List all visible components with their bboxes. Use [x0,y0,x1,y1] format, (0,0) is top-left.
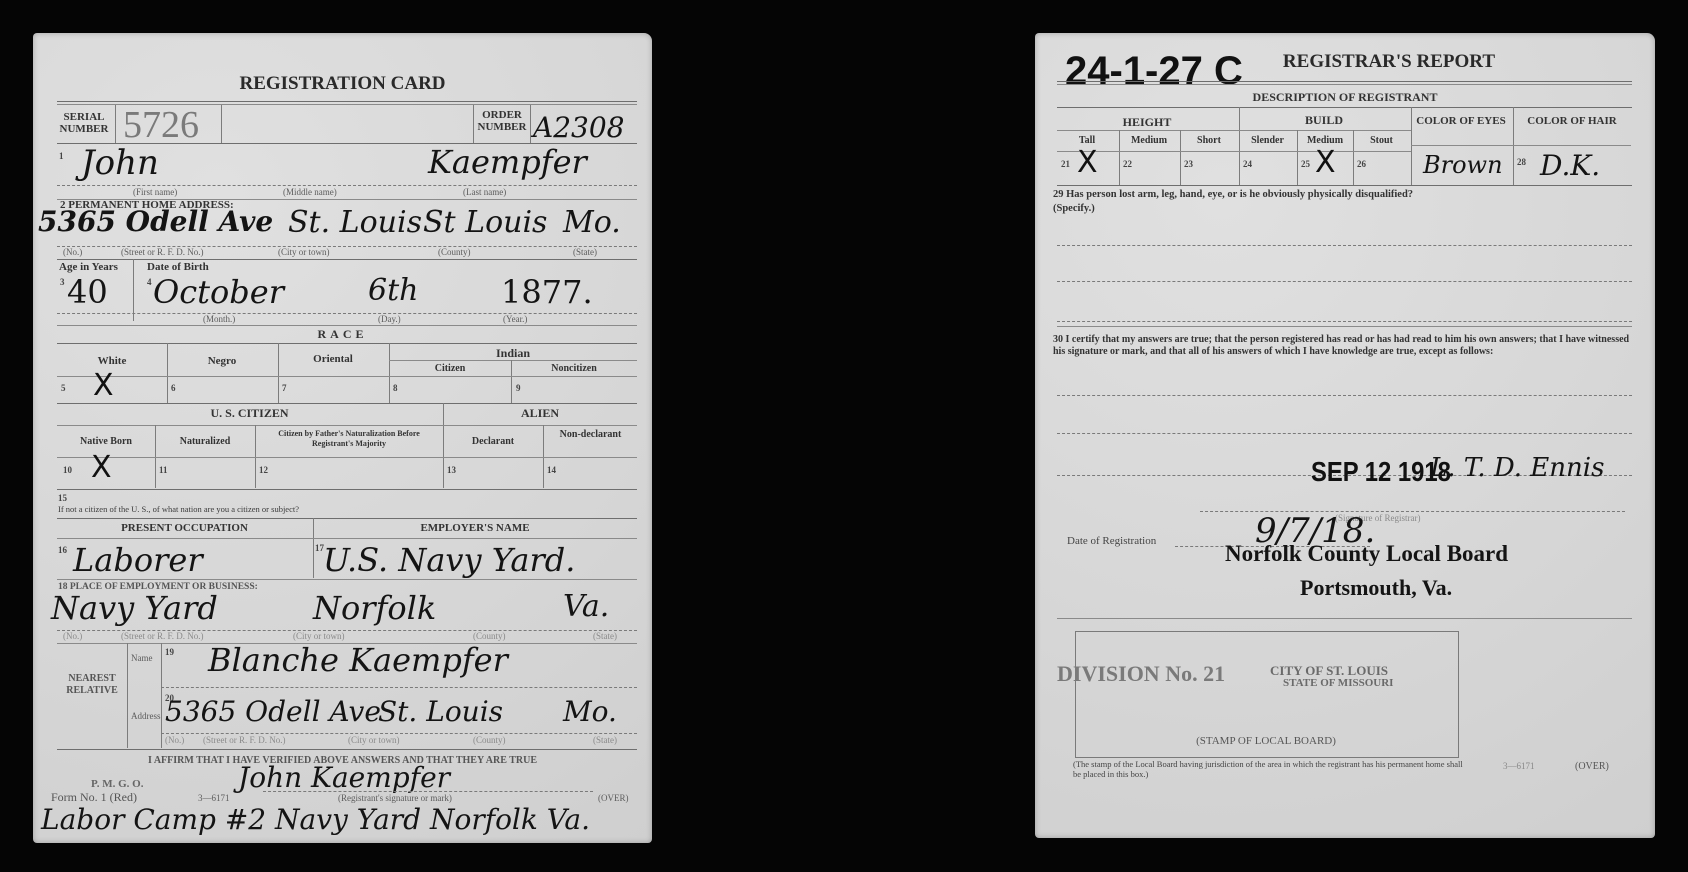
field-number: 11 [159,465,168,475]
caption: (Last name) [463,187,506,197]
relative-address-street: 5365 Odell Ave [165,695,381,728]
employer-heading: EMPLOYER'S NAME [313,522,637,534]
race-col-negro: Negro [167,355,277,367]
field-number: 21 [1061,159,1070,169]
date-of-registration-label: Date of Registration [1067,535,1156,547]
dob-month: October [153,273,284,311]
alien-col-nondeclarant: Non-declarant [548,429,633,440]
caption: (No.) [63,247,82,257]
caption: (City or town) [278,247,330,257]
registration-card-front: REGISTRATION CARD SERIAL NUMBER 5726 ORD… [33,33,652,843]
caption: (State) [573,247,597,257]
q15-text: If not a citizen of the U. S., of what n… [58,504,299,514]
us-citizen-heading: U. S. CITIZEN [57,406,442,421]
order-number: A2308 [533,111,624,144]
hair-value: D.K. [1540,149,1600,182]
field-number: 13 [447,465,456,475]
caption: (County) [438,247,471,257]
race-col-oriental: Oriental [278,353,388,365]
card-title: REGISTRATION CARD [33,73,652,95]
nearest-relative-label: NEAREST RELATIVE [57,673,127,697]
race-heading: RACE [33,327,652,342]
place-state: Va. [563,589,609,624]
caption: (Street or R. F. D. No.) [121,631,204,641]
place-city: Norfolk [313,589,436,627]
dob-year: 1877. [501,273,593,311]
field-number: 25 [1301,159,1310,169]
field-number: 7 [282,383,287,393]
caption: (State) [593,631,617,641]
height-tall-mark: X [1077,145,1098,180]
build-medium-mark: X [1315,145,1336,180]
occupation-heading: PRESENT OCCUPATION [57,522,312,534]
relative-name: Blanche Kaempfer [208,641,508,679]
field-number: 9 [516,383,521,393]
pmgo-label: P. M. G. O. [91,778,143,790]
relative-address-label: Address [131,711,161,721]
q30-text: 30 I certify that my answers are true; t… [1053,334,1641,358]
caption: (County) [473,631,506,641]
over-label: (OVER) [598,793,629,803]
field-number: 14 [547,465,556,475]
over-label: (OVER) [1575,761,1609,772]
height-col-short: Short [1180,135,1238,146]
race-indian-heading: Indian [389,346,637,361]
q29-specify: (Specify.) [1053,203,1095,214]
q29-text: 29 Has person lost arm, leg, hand, eye, … [1053,189,1643,200]
stamp-caption: (STAMP OF LOCAL BOARD) [1075,735,1457,747]
serial-number-label: SERIAL NUMBER [58,111,110,135]
field-number: 19 [165,647,174,657]
field-number: 12 [259,465,268,475]
caption: (City or town) [293,631,345,641]
first-name: John [81,143,159,183]
height-heading: HEIGHT [1057,115,1237,130]
relative-address-state: Mo. [563,695,617,728]
alien-heading: ALIEN [443,406,637,421]
board-line-2: Portsmouth, Va. [1300,575,1452,601]
division-state: STATE OF MISSOURI [1283,677,1393,689]
caption: (Street or R. F. D. No.) [121,247,204,257]
report-title: REGISTRAR'S REPORT [1195,51,1495,73]
employer-value: U.S. Navy Yard. [323,541,575,579]
caption: (Day.) [378,314,401,324]
caption: (County) [473,735,506,745]
alien-col-declarant: Declarant [443,436,543,447]
registrars-report-back: 24-1-27 C REGISTRAR'S REPORT DESCRIPTION… [1035,33,1655,838]
place-street: Navy Yard [51,589,218,627]
field-number: 6 [171,383,176,393]
field-number: 23 [1184,159,1193,169]
build-col-stout: Stout [1353,135,1410,146]
occupation-value: Laborer [73,541,203,579]
form-code: 3—6171 [1503,761,1535,771]
build-heading: BUILD [1239,113,1409,128]
address-city: St. Louis [288,205,422,240]
field-number: 5 [61,383,66,393]
hair-heading: COLOR OF HAIR [1513,115,1631,127]
race-col-indian-noncitizen: Noncitizen [511,363,637,374]
citizen-col-father: Citizen by Father's Naturalization Befor… [259,429,439,449]
relative-name-label: Name [131,653,153,663]
build-col-slender: Slender [1239,135,1296,146]
stamp-note: (The stamp of the Local Board having jur… [1073,759,1468,779]
signature-caption: (Registrant's signature or mark) [338,793,452,803]
field-number: 10 [63,465,72,475]
field-number: 1 [59,151,64,161]
eyes-heading: COLOR OF EYES [1411,115,1511,127]
field-number: 8 [393,383,398,393]
race-col-indian-citizen: Citizen [389,363,511,374]
caption: (Middle name) [283,187,337,197]
form-code: 3—6171 [198,793,230,803]
height-col-medium: Medium [1119,135,1179,146]
field-number: 22 [1123,159,1132,169]
field-number: 4 [147,277,152,287]
race-white-mark: X [93,368,114,403]
registrar-signature: L. T. D. Ennis [1430,453,1604,483]
address-street: 5365 Odell Ave [38,205,273,238]
registrant-signature: John Kaempfer [238,761,450,794]
citizen-native-mark: X [91,450,112,485]
caption: (Street or R. F. D. No.) [203,735,286,745]
address-state: Mo. [563,205,621,240]
field-number: 28 [1517,157,1526,167]
bottom-note: Labor Camp #2 Navy Yard Norfolk Va. [41,803,590,836]
field-number: 15 [58,493,67,503]
caption: (No.) [63,631,82,641]
division-stamp: DIVISION No. 21 [1057,661,1225,687]
caption: (City or town) [348,735,400,745]
field-number: 16 [58,545,67,555]
caption: (First name) [133,187,177,197]
caption: (Year.) [503,314,527,324]
age-label: Age in Years [59,261,118,273]
report-subtitle: DESCRIPTION OF REGISTRANT [1035,90,1655,105]
field-number: 24 [1243,159,1252,169]
dob-day: 6th [368,273,418,308]
relative-address-city: St. Louis [378,695,503,728]
dob-label: Date of Birth [147,261,209,273]
address-county: St Louis [423,205,547,240]
caption: (State) [593,735,617,745]
field-number: 26 [1357,159,1366,169]
order-number-label: ORDER NUMBER [476,109,528,133]
eyes-value: Brown [1423,151,1503,179]
citizen-col-native: Native Born [57,436,155,447]
last-name: Kaempfer [428,143,587,181]
age-value: 40 [67,273,108,311]
citizen-col-naturalized: Naturalized [155,436,255,447]
board-line-1: Norfolk County Local Board [1225,541,1508,567]
field-number: 3 [60,277,65,287]
serial-number: 5726 [123,103,199,147]
race-col-white: White [57,355,167,367]
caption: (Month.) [203,314,235,324]
caption: (No.) [165,735,184,745]
